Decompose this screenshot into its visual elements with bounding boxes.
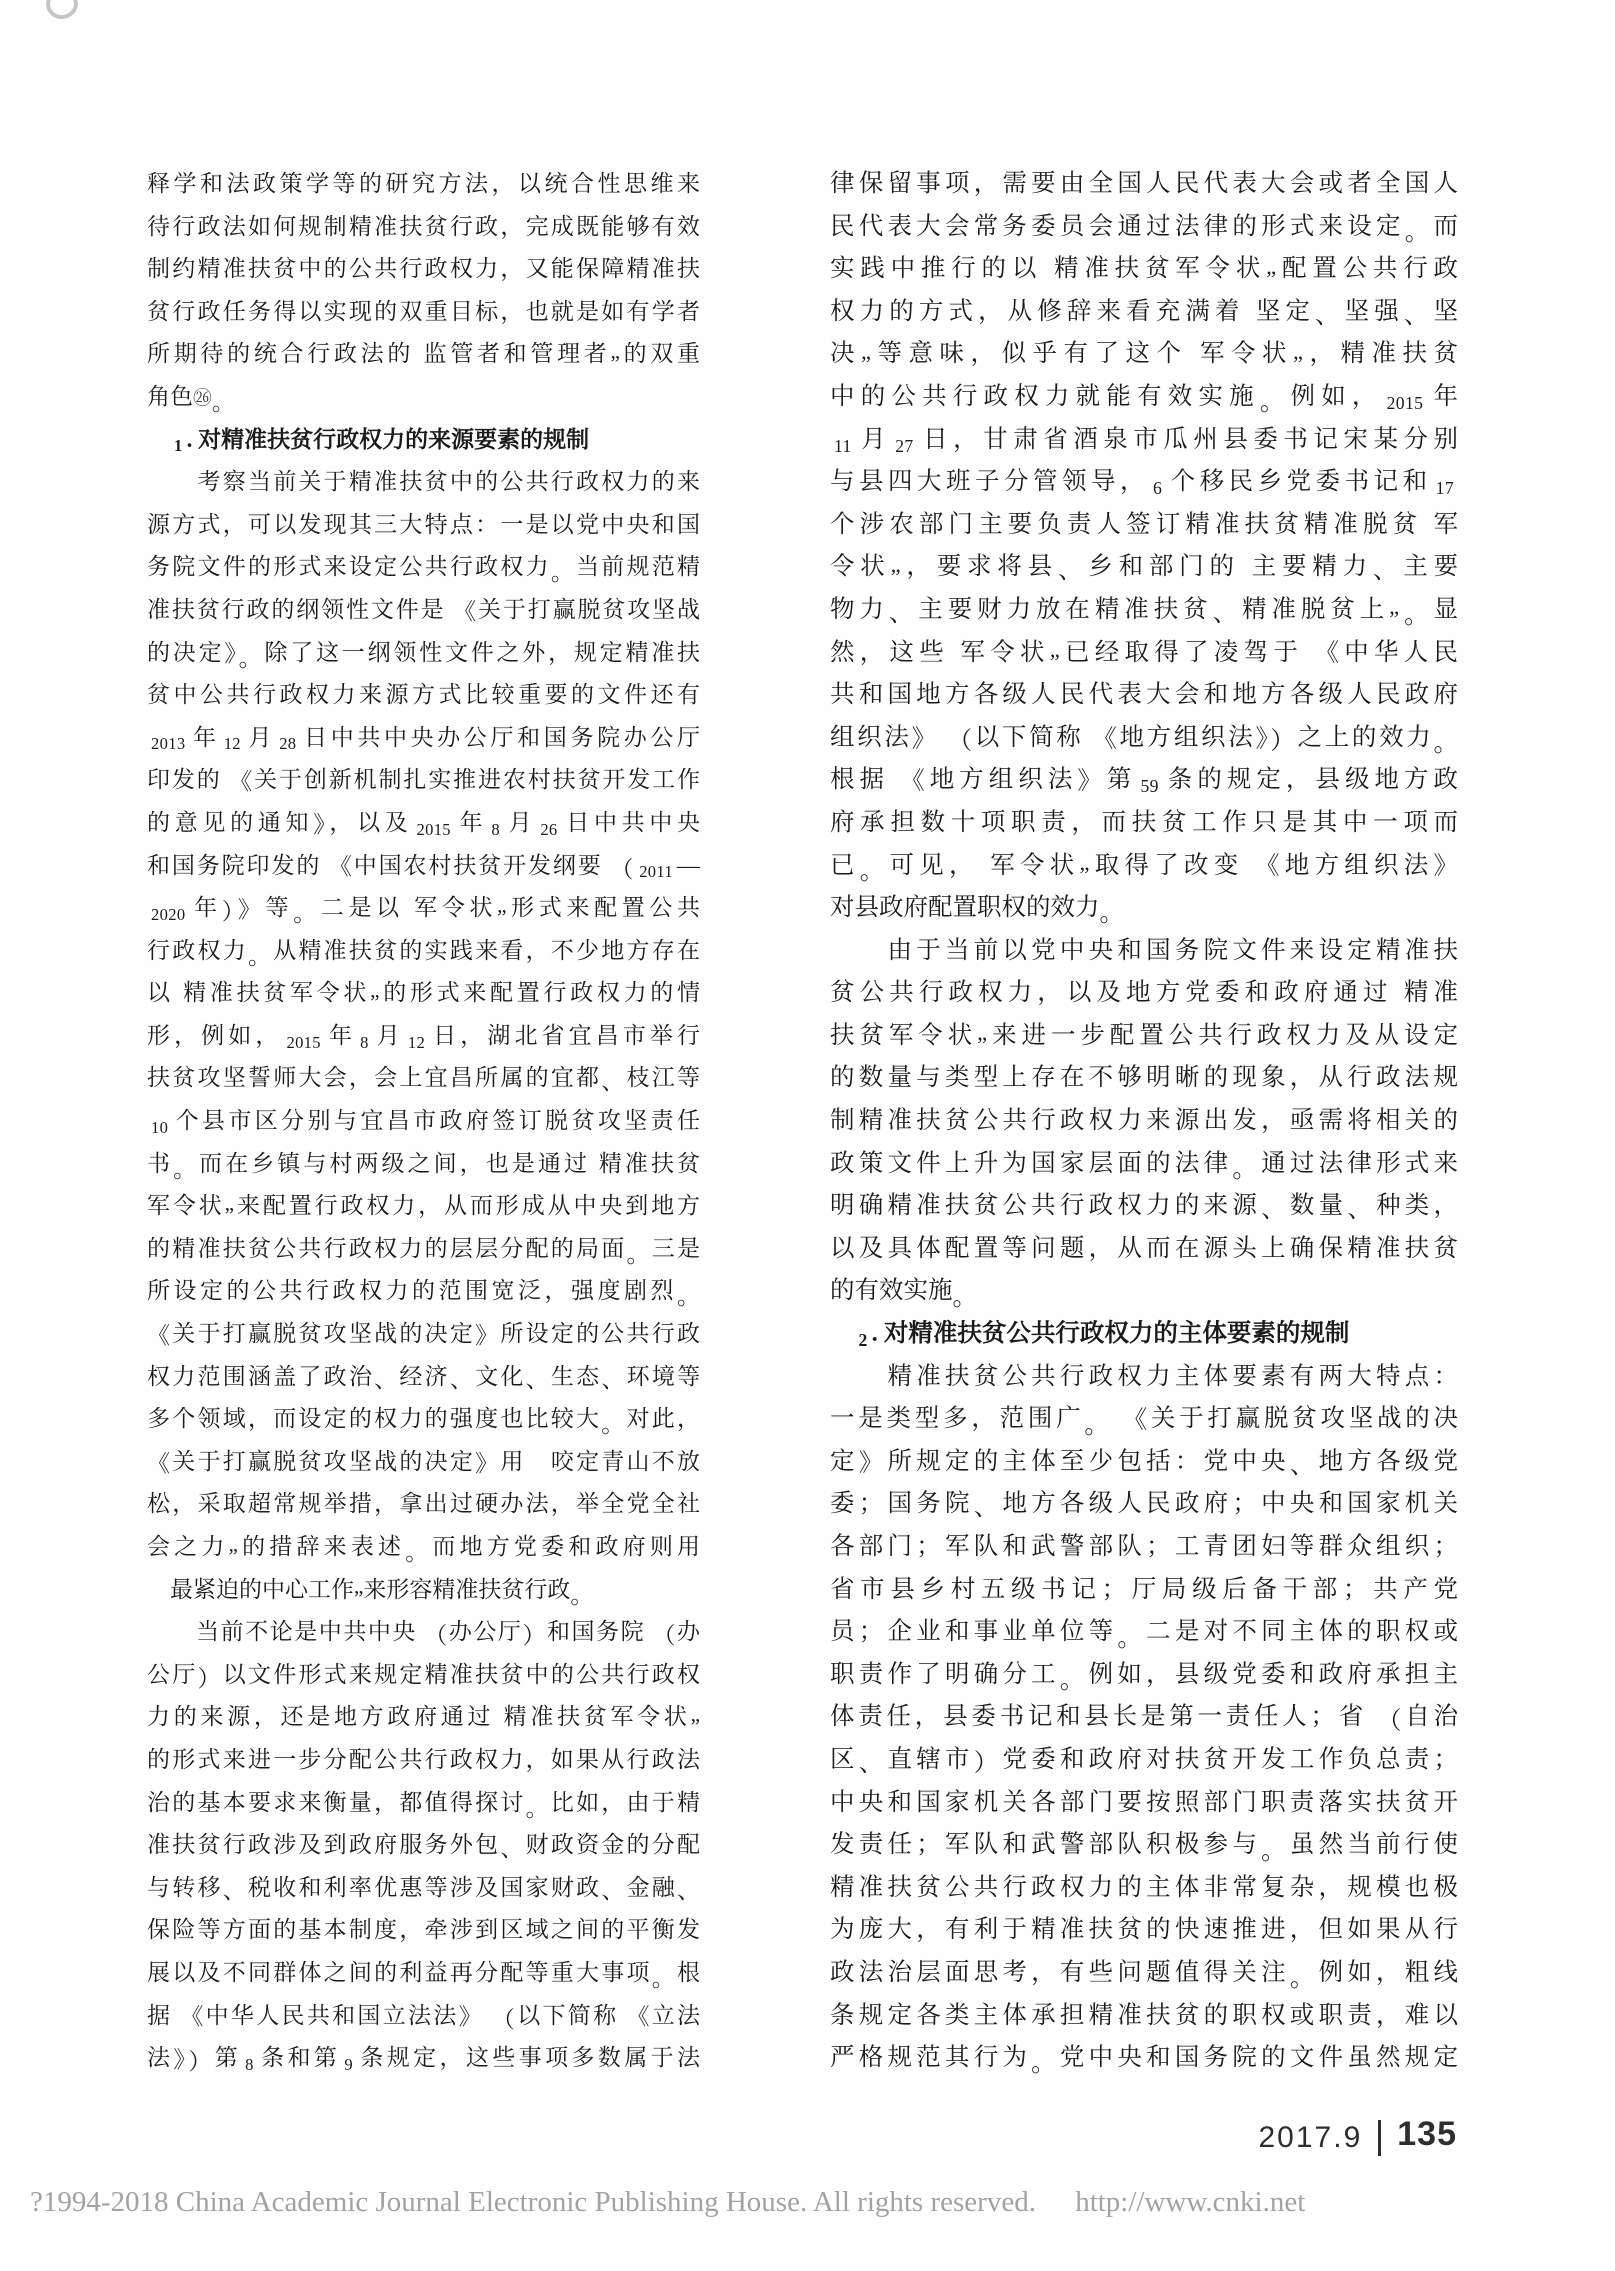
text-line: 最紧迫的中心工作”来形容精准扶贫行政。 xyxy=(147,1569,700,1612)
text-line: 印发的 《关于创新机制扎实推进农村扶贫开发工作 xyxy=(147,759,700,802)
text-line: 松，采取超常规举措，拿出过硬办法，举全党全社 xyxy=(147,1483,700,1526)
left-text-column: 释学和法政策学等的研究方法，以统合性思维来待行政法如何规制精准扶贫行政，完成既能… xyxy=(147,163,700,2080)
text-line: 定》所规定的主体至少包括：党中央、地方各级党 xyxy=(830,1441,1458,1484)
text-line: 扶贫军令状”来进一步配置公共行政权力及从设定 xyxy=(830,1015,1458,1058)
text-line: 委；国务院、地方各级人民政府；中央和国家机关 xyxy=(830,1483,1458,1526)
text-line: 保险等方面的基本制度，牵涉到区域之间的平衡发 xyxy=(147,1909,700,1952)
text-line: 根据 《地方组织法》第59条的规定，县级地方政 xyxy=(830,759,1458,802)
text-line: 已。可见， 军令状”取得了改变 《地方组织法》 xyxy=(830,845,1458,888)
text-line: 的有效实施。 xyxy=(830,1270,1458,1313)
text-line: 的形式来进一步分配公共行政权力，如果从行政法 xyxy=(147,1739,700,1782)
text-line: 职责作了明确分工。例如，县级党委和政府承担主 xyxy=(830,1654,1458,1697)
page-info: 2017.9 135 xyxy=(1259,2118,1458,2157)
text-line: 与转移、税收和利率优惠等涉及国家财政、金融、 xyxy=(147,1867,700,1910)
text-line: 政法治层面思考，有些问题值得关注。例如，粗线 xyxy=(830,1952,1458,1995)
scan-artifact-mark xyxy=(44,0,80,21)
text-line: 的意见的通知》，以及2015年8月26日中共中央 xyxy=(147,802,700,845)
text-line: 权力范围涵盖了政治、经济、文化、生态、环境等 xyxy=(147,1356,700,1399)
page-info-divider xyxy=(1378,2120,1381,2156)
text-line: 准扶贫行政涉及到政府服务外包、财政资金的分配 xyxy=(147,1824,700,1867)
text-line: 明确精准扶贫公共行政权力的来源、数量、种类， xyxy=(830,1185,1458,1228)
text-line: 军令状”来配置行政权力，从而形成从中央到地方 xyxy=(147,1185,700,1228)
text-line: 制精准扶贫公共行政权力来源出发，亟需将相关的 xyxy=(830,1100,1458,1143)
text-line: 角色㉖。 xyxy=(147,376,700,419)
text-line: 释学和法政策学等的研究方法，以统合性思维来 xyxy=(147,163,700,206)
text-line: 会之力”的措辞来表述。而地方党委和政府则用 xyxy=(147,1526,700,1569)
text-line: 多个领域，而设定的权力的强度也比较大。对此， xyxy=(147,1398,700,1441)
text-line: 法》）第8条和第9条规定，这些事项多数属于法 xyxy=(147,2037,700,2080)
page-number: 135 xyxy=(1397,2115,1457,2154)
text-line: 2020年）》等。二是以 军令状”形式来配置公共 xyxy=(147,887,700,930)
text-line: 然，这些 军令状”已经取得了凌驾于 《中华人民 xyxy=(830,632,1458,675)
text-line: 所期待的统合行政法的 监管者和管理者”的双重 xyxy=(147,333,700,376)
text-line: 员；企业和事业单位等。二是对不同主体的职权或 xyxy=(830,1611,1458,1654)
text-line: 由于当前以党中央和国务院文件来设定精准扶 xyxy=(830,930,1458,973)
text-line: 实践中推行的以 精准扶贫军令状”配置公共行政 xyxy=(830,248,1458,291)
text-line: 省市县乡村五级书记；厅局级后备干部；共产党 xyxy=(830,1569,1458,1612)
text-line: 待行政法如何规制精准扶贫行政，完成既能够有效 xyxy=(147,206,700,249)
text-line: 以及具体配置等问题，从而在源头上确保精准扶贫 xyxy=(830,1228,1458,1271)
text-line: 的数量与类型上存在不够明晰的现象，从行政法规 xyxy=(830,1057,1458,1100)
journal-issue: 2017.9 xyxy=(1259,2121,1363,2155)
text-line: 《关于打赢脱贫攻坚战的决定》用 咬定青山不放 xyxy=(147,1441,700,1484)
section-heading: 2. 对精准扶贫公共行政权力的主体要素的规制 xyxy=(830,1313,1458,1356)
text-line: 组织法》 （以下简称 《地方组织法》）之上的效力。 xyxy=(830,717,1458,760)
text-line: 以 精准扶贫军令状”的形式来配置行政权力的情 xyxy=(147,972,700,1015)
text-line: 考察当前关于精准扶贫中的公共行政权力的来 xyxy=(147,461,700,504)
text-line: 形，例如，2015年8月12日，湖北省宜昌市举行 xyxy=(147,1015,700,1058)
text-line: 贫行政任务得以实现的双重目标，也就是如有学者 xyxy=(147,291,700,334)
text-line: 10个县市区分别与宜昌市政府签订脱贫攻坚责任 xyxy=(147,1100,700,1143)
text-line: 2013年12月28日中共中央办公厅和国务院办公厅 xyxy=(147,717,700,760)
text-line: 令状”，要求将县、乡和部门的 主要精力、主要 xyxy=(830,546,1458,589)
text-line: 个涉农部门主要负责人签订精准扶贫精准脱贫 军 xyxy=(830,504,1458,547)
text-line: 治的基本要求来衡量，都值得探讨。比如，由于精 xyxy=(147,1782,700,1825)
text-line: 11月27日，甘肃省酒泉市瓜州县委书记宋某分别 xyxy=(830,419,1458,462)
text-line: 务院文件的形式来设定公共行政权力。当前规范精 xyxy=(147,546,700,589)
text-line: 所设定的公共行政权力的范围宽泛，强度剧烈。 xyxy=(147,1270,700,1313)
text-line: 中的公共行政权力就能有效实施。例如，2015年 xyxy=(830,376,1458,419)
text-line: 为庞大，有利于精准扶贫的快速推进，但如果从行 xyxy=(830,1909,1458,1952)
text-line: 当前不论是中共中央 （办公厅）和国务院 （办 xyxy=(147,1611,700,1654)
text-line: 决”等意味，似乎有了这个 军令状”，精准扶贫 xyxy=(830,333,1458,376)
text-line: 严格规范其行为。党中央和国务院的文件虽然规定 xyxy=(830,2037,1458,2080)
text-line: 贫公共行政权力，以及地方党委和政府通过 精准 xyxy=(830,972,1458,1015)
text-line: 中央和国家机关各部门要按照部门职责落实扶贫开 xyxy=(830,1782,1458,1825)
text-line: 制约精准扶贫中的公共行政权力，又能保障精准扶 xyxy=(147,248,700,291)
text-line: 权力的方式，从修辞来看充满着 坚定、坚强、坚 xyxy=(830,291,1458,334)
text-line: 据 《中华人民共和国立法法》 （以下简称 《立法 xyxy=(147,1995,700,2038)
text-line: 与县四大班子分管领导，6个移民乡党委书记和17 xyxy=(830,461,1458,504)
text-line: 律保留事项，需要由全国人民代表大会或者全国人 xyxy=(830,163,1458,206)
section-heading: 1. 对精准扶贫行政权力的来源要素的规制 xyxy=(147,419,700,462)
cnki-url: http://www.cnki.net xyxy=(1075,2186,1305,2218)
text-line: 精准扶贫公共行政权力的主体非常复杂，规模也极 xyxy=(830,1867,1458,1910)
text-line: 条规定各类主体承担精准扶贫的职权或职责，难以 xyxy=(830,1995,1458,2038)
text-line: 书。而在乡镇与村两级之间，也是通过 精准扶贫 xyxy=(147,1143,700,1186)
text-line: 和国务院印发的 《中国农村扶贫开发纲要 （2011— xyxy=(147,845,700,888)
text-line: 扶贫攻坚誓师大会，会上宜昌所属的宜都、枝江等 xyxy=(147,1057,700,1100)
text-line: 政策文件上升为国家层面的法律。通过法律形式来 xyxy=(830,1143,1458,1186)
text-line: 对县政府配置职权的效力。 xyxy=(830,887,1458,930)
text-line: 力的来源，还是地方政府通过 精准扶贫军令状” xyxy=(147,1696,700,1739)
text-line: 物力、主要财力放在精准扶贫、精准脱贫上”。显 xyxy=(830,589,1458,632)
text-line: 一是类型多，范围广。 《关于打赢脱贫攻坚战的决 xyxy=(830,1398,1458,1441)
right-text-column: 律保留事项，需要由全国人民代表大会或者全国人民代表大会常务委员会通过法律的形式来… xyxy=(830,163,1458,2080)
copyright-line: ?1994-2018 China Academic Journal Electr… xyxy=(30,2186,1305,2219)
copyright-text: ?1994-2018 China Academic Journal Electr… xyxy=(30,2186,1036,2218)
text-line: 准扶贫行政的纲领性文件是 《关于打赢脱贫攻坚战 xyxy=(147,589,700,632)
text-line: 民代表大会常务委员会通过法律的形式来设定。而 xyxy=(830,206,1458,249)
text-line: 共和国地方各级人民代表大会和地方各级人民政府 xyxy=(830,674,1458,717)
text-line: 公厅）以文件形式来规定精准扶贫中的公共行政权 xyxy=(147,1654,700,1697)
text-line: 各部门；军队和武警部队；工青团妇等群众组织； xyxy=(830,1526,1458,1569)
text-line: 府承担数十项职责，而扶贫工作只是其中一项而 xyxy=(830,802,1458,845)
text-line: 体责任，县委书记和县长是第一责任人；省 （自治 xyxy=(830,1696,1458,1739)
text-line: 发责任；军队和武警部队积极参与。虽然当前行使 xyxy=(830,1824,1458,1867)
scanned-journal-page: 释学和法政策学等的研究方法，以统合性思维来待行政法如何规制精准扶贫行政，完成既能… xyxy=(0,0,1615,2271)
text-line: 的决定》。除了这一纲领性文件之外，规定精准扶 xyxy=(147,632,700,675)
text-line: 行政权力。从精准扶贫的实践来看，不少地方存在 xyxy=(147,930,700,973)
text-line: 源方式，可以发现其三大特点：一是以党中央和国 xyxy=(147,504,700,547)
text-line: 的精准扶贫公共行政权力的层层分配的局面。三是 xyxy=(147,1228,700,1271)
text-line: 贫中公共行政权力来源方式比较重要的文件还有 xyxy=(147,674,700,717)
text-line: 区、直辖市）党委和政府对扶贫开发工作负总责； xyxy=(830,1739,1458,1782)
text-line: 展以及不同群体之间的利益再分配等重大事项。根 xyxy=(147,1952,700,1995)
text-line: 精准扶贫公共行政权力主体要素有两大特点： xyxy=(830,1356,1458,1399)
text-line: 《关于打赢脱贫攻坚战的决定》所设定的公共行政 xyxy=(147,1313,700,1356)
